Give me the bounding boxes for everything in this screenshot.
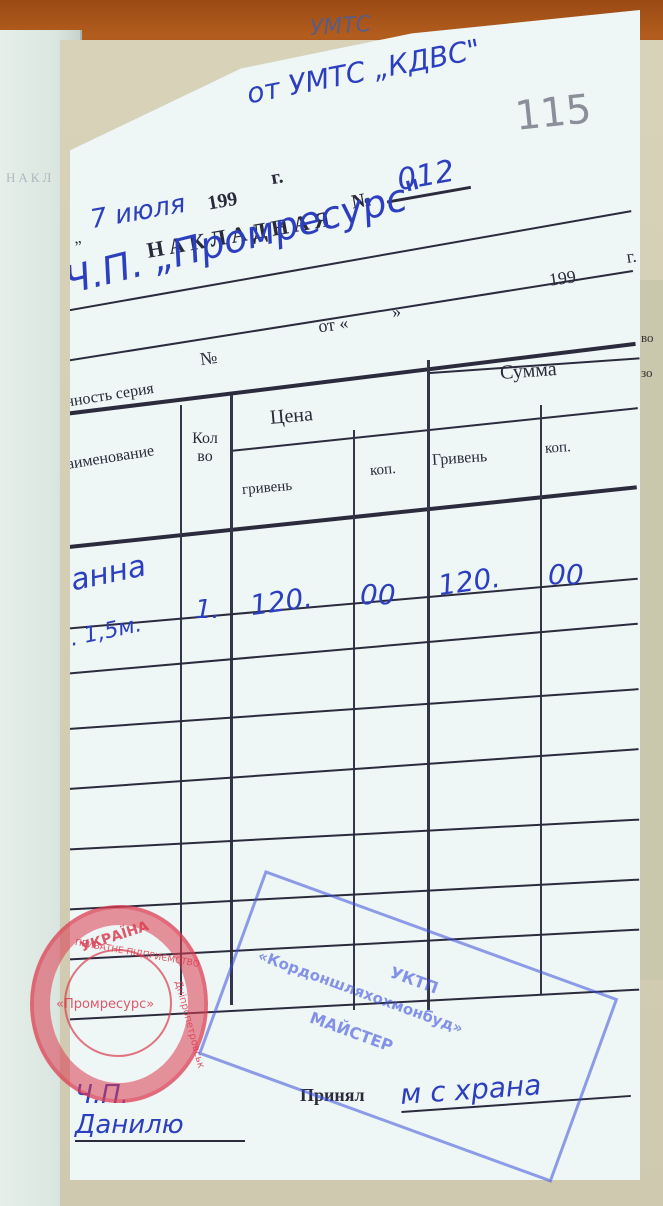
stamp-side-text: Дніпропетровськ: [172, 979, 206, 1069]
year-blank: 199: [548, 266, 578, 291]
stamp-center-text: «Промресурс»: [56, 997, 154, 1012]
rule: [65, 270, 633, 362]
header-sum: Сумма: [499, 358, 557, 385]
ghost-text: НАКЛ: [6, 170, 54, 186]
cell-sum-uah: 120.: [436, 561, 502, 602]
year-printed: 199: [206, 188, 240, 216]
header-price: Цена: [269, 403, 314, 430]
col-divider: [230, 395, 233, 1005]
date-open-quote: „: [72, 229, 82, 248]
from-close: »: [391, 301, 403, 323]
row-line: [40, 748, 639, 792]
fragment-text: во: [641, 330, 654, 346]
stamp-org: УКТП: [388, 963, 441, 998]
header-qty: Кол во: [185, 430, 225, 466]
row-line: [40, 819, 639, 852]
from-label: от «: [317, 312, 350, 337]
cell-qty: 1.: [195, 595, 220, 625]
cell-price-uah: 120.: [248, 581, 314, 622]
document-date-line: от « » 199 г.: [220, 252, 636, 310]
header-price-uah: гривень: [241, 478, 292, 499]
faint-note: УМТС: [309, 12, 372, 41]
year-suffix: г.: [269, 165, 285, 190]
date-handwritten: 7 июля: [88, 189, 188, 235]
col-divider: [180, 405, 182, 995]
header-sum-uah: Гривень: [431, 448, 487, 470]
cell-price-kop: 00: [360, 578, 396, 611]
header-price-kop: коп.: [369, 461, 396, 480]
right-page-edge: во зо: [637, 280, 663, 980]
fragment-text: зо: [641, 365, 653, 381]
header-sum-kop: коп.: [544, 439, 571, 458]
row-line: [40, 688, 639, 732]
cell-sum-kop: 00: [548, 558, 584, 591]
number-label: №: [199, 347, 219, 370]
col-divider: [540, 405, 542, 995]
stamp-role: МАЙСТЕР: [307, 1008, 395, 1056]
red-round-stamp: УКРАЇНА ПРИВАТНЕ ПІДПРИЄМСТВО «Промресур…: [30, 905, 208, 1103]
year-suffix: г.: [625, 246, 638, 268]
table-header-border: [40, 485, 637, 552]
col-divider: [427, 360, 430, 1010]
